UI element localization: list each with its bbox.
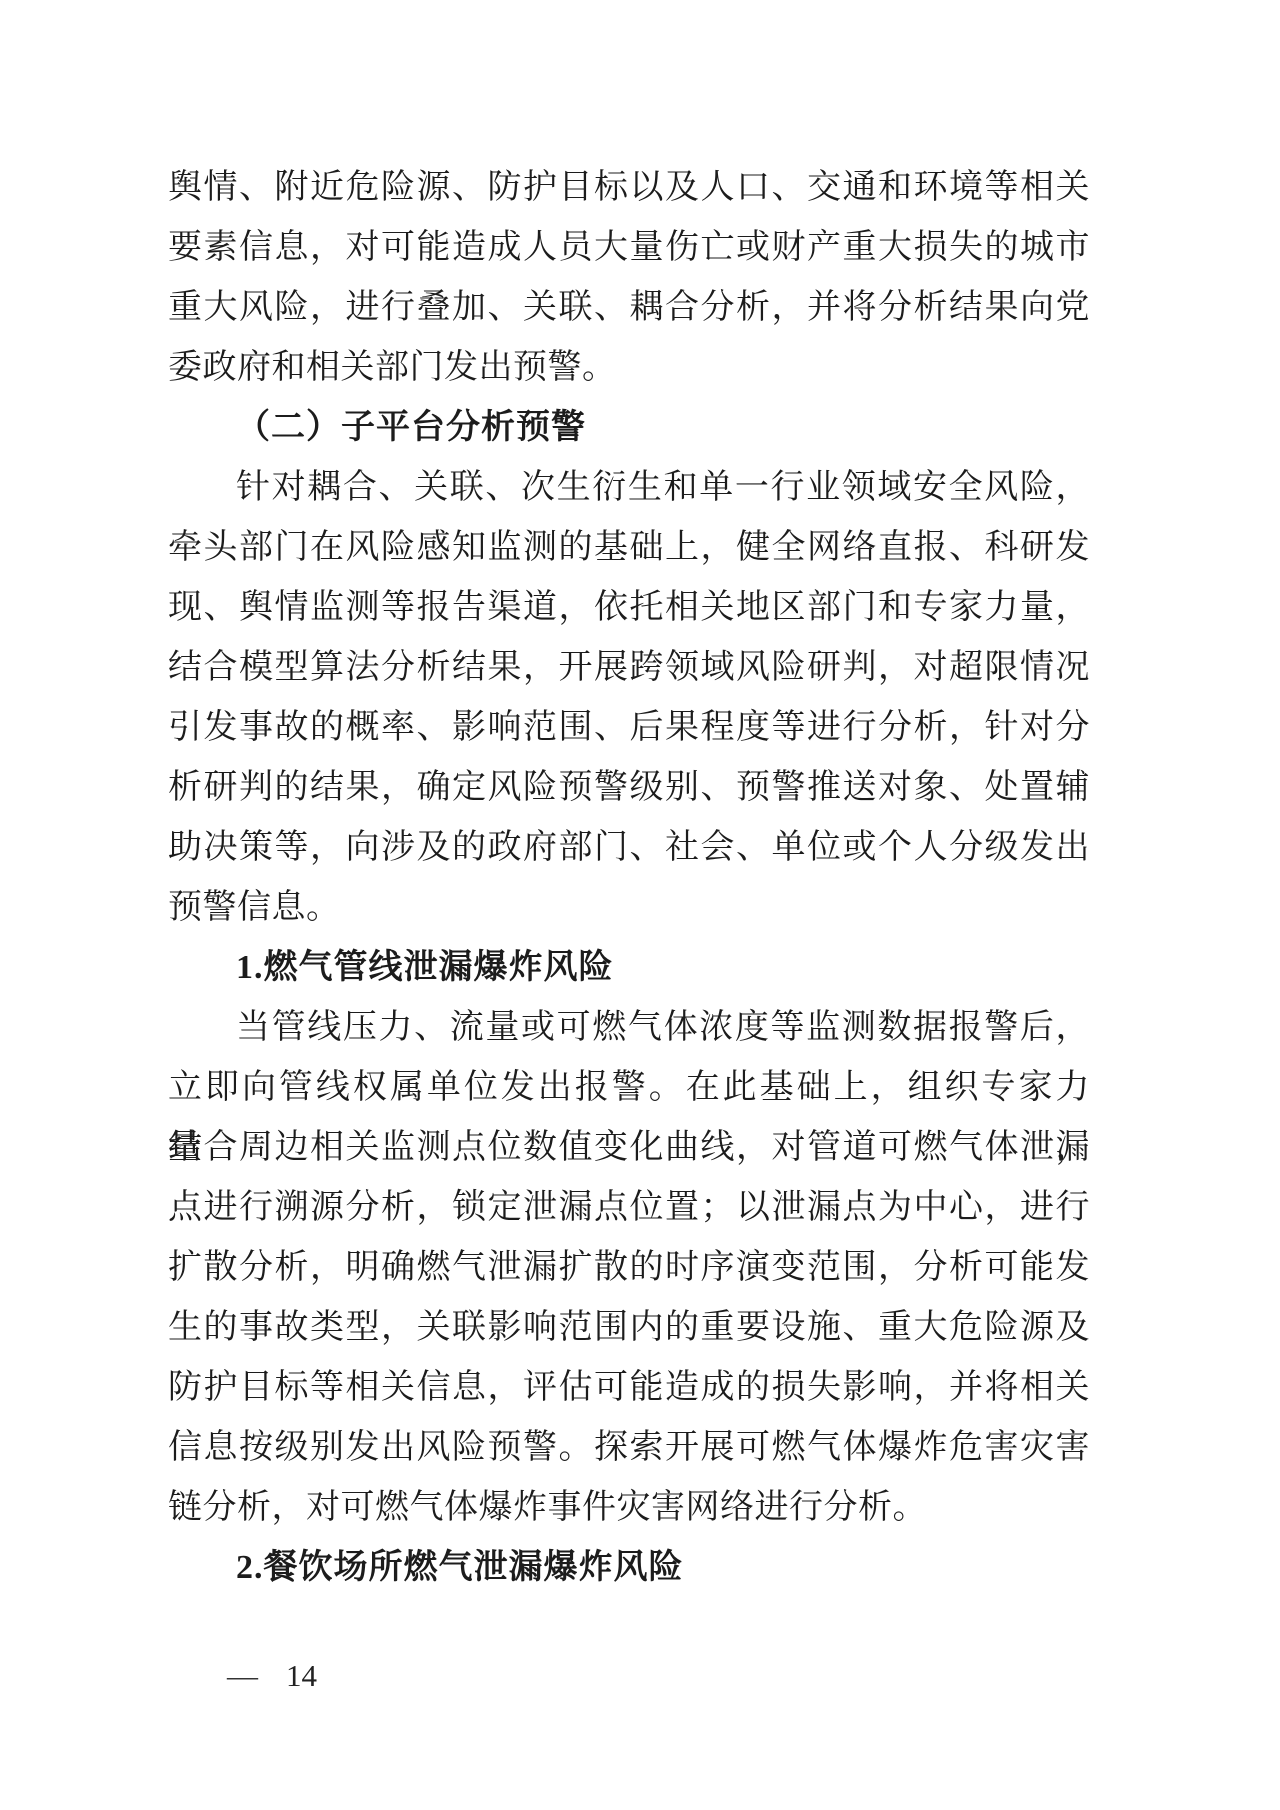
text-line: 现、舆情监测等报告渠道，依托相关地区部门和专家力量， [168, 578, 1090, 638]
text-line: 信息按级别发出风险预警。探索开展可燃气体爆炸危害灾害 [168, 1418, 1090, 1478]
text-line: 防护目标等相关信息，评估可能造成的损失影响，并将相关 [168, 1358, 1090, 1418]
text-line: 析研判的结果，确定风险预警级别、预警推送对象、处置辅 [168, 758, 1090, 818]
paragraph-subplatform-analysis: 针对耦合、关联、次生衍生和单一行业领域安全风险，牵头部门在风险感知监测的基础上，… [168, 458, 1090, 938]
heading-risk-1-gas-pipeline-text: 1.燃气管线泄漏爆炸风险 [168, 938, 1090, 998]
text-line: 要素信息，对可能造成人员大量伤亡或财产重大损失的城市 [168, 218, 1090, 278]
page-number-dash: — [227, 1658, 258, 1694]
paragraph-gas-pipeline-risk: 当管线压力、流量或可燃气体浓度等监测数据报警后，立即向管线权属单位发出报警。在此… [168, 998, 1090, 1538]
text-line: 引发事故的概率、影响范围、后果程度等进行分析，针对分 [168, 698, 1090, 758]
text-line: 针对耦合、关联、次生衍生和单一行业领域安全风险， [168, 458, 1090, 518]
text-line: 当管线压力、流量或可燃气体浓度等监测数据报警后， [168, 998, 1090, 1058]
text-line: 牵头部门在风险感知监测的基础上，健全网络直报、科研发 [168, 518, 1090, 578]
text-line: 扩散分析，明确燃气泄漏扩散的时序演变范围，分析可能发 [168, 1238, 1090, 1298]
text-line: 结合周边相关监测点位数值变化曲线，对管道可燃气体泄漏 [168, 1118, 1090, 1178]
text-line: 点进行溯源分析，锁定泄漏点位置；以泄漏点为中心，进行 [168, 1178, 1090, 1238]
text-line: 预警信息。 [168, 878, 1090, 938]
text-line: 链分析，对可燃气体爆炸事件灾害网络进行分析。 [168, 1478, 1090, 1538]
text-line: 委政府和相关部门发出预警。 [168, 338, 1090, 398]
heading-risk-2-restaurant-gas: 2.餐饮场所燃气泄漏爆炸风险 [168, 1538, 1090, 1598]
page-number: 14 [286, 1658, 317, 1694]
text-line: 舆情、附近危险源、防护目标以及人口、交通和环境等相关 [168, 158, 1090, 218]
text-line: 助决策等，向涉及的政府部门、社会、单位或个人分级发出 [168, 818, 1090, 878]
document-content: 舆情、附近危险源、防护目标以及人口、交通和环境等相关要素信息，对可能造成人员大量… [168, 158, 1090, 1598]
heading-risk-2-restaurant-gas-text: 2.餐饮场所燃气泄漏爆炸风险 [168, 1538, 1090, 1598]
heading-risk-1-gas-pipeline: 1.燃气管线泄漏爆炸风险 [168, 938, 1090, 998]
document-page: 舆情、附近危险源、防护目标以及人口、交通和环境等相关要素信息，对可能造成人员大量… [0, 0, 1280, 1810]
heading-section-2-subplatform-analysis: （二）子平台分析预警 [168, 398, 1090, 458]
heading-section-2-subplatform-analysis-text: （二）子平台分析预警 [168, 398, 1090, 458]
paragraph-citywide-risk-warning: 舆情、附近危险源、防护目标以及人口、交通和环境等相关要素信息，对可能造成人员大量… [168, 158, 1090, 398]
text-line: 立即向管线权属单位发出报警。在此基础上，组织专家力量， [168, 1058, 1090, 1118]
page-footer: — 14 [227, 1656, 317, 1696]
text-line: 重大风险，进行叠加、关联、耦合分析，并将分析结果向党 [168, 278, 1090, 338]
text-line: 生的事故类型，关联影响范围内的重要设施、重大危险源及 [168, 1298, 1090, 1358]
text-line: 结合模型算法分析结果，开展跨领域风险研判，对超限情况 [168, 638, 1090, 698]
